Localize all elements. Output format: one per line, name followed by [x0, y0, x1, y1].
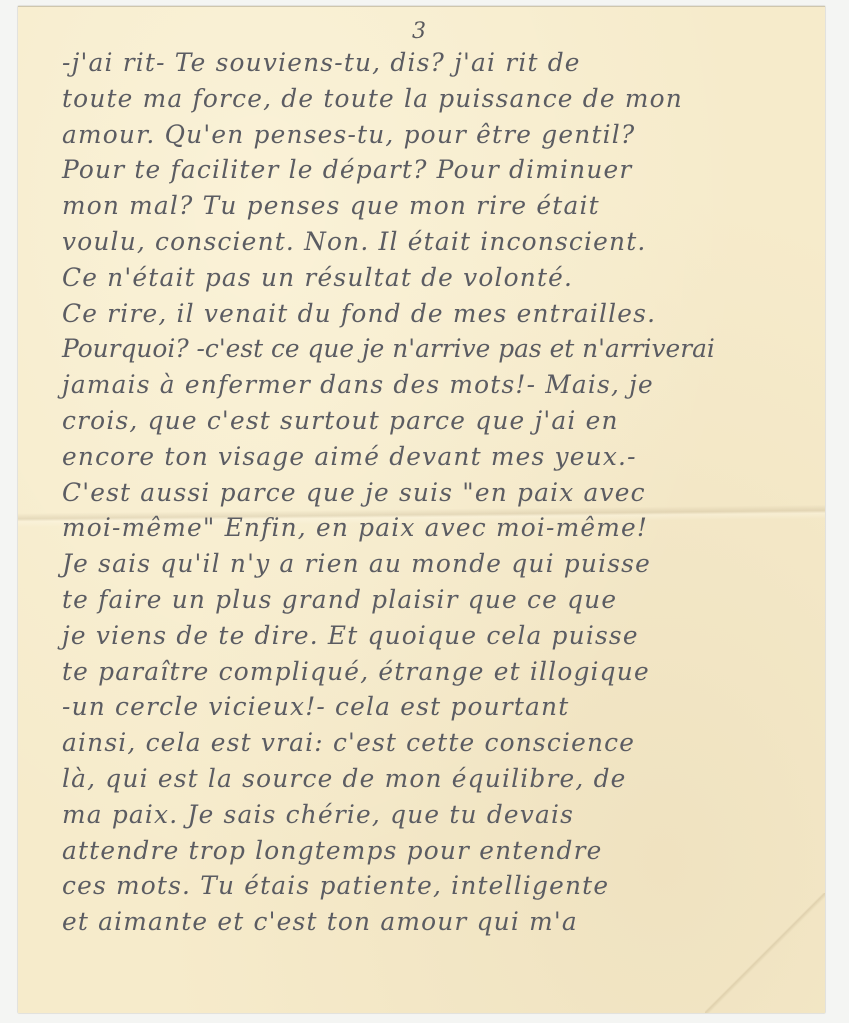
text-line: là, qui est la source de mon équilibre, …	[62, 761, 827, 797]
text-line: toute ma force, de toute la puissance de…	[62, 81, 827, 117]
page-number: 3	[412, 19, 426, 44]
text-line: Ce rire, il venait du fond de mes entrai…	[62, 296, 827, 332]
letter-page: 3 -j'ai rit- Te souviens-tu, dis? j'ai r…	[18, 6, 825, 1013]
text-line: encore ton visage aimé devant mes yeux.-	[62, 439, 827, 475]
text-line: crois, que c'est surtout parce que j'ai …	[62, 403, 827, 439]
text-line: C'est aussi parce que je suis "en paix a…	[62, 475, 827, 511]
text-line: te faire un plus grand plaisir que ce qu…	[62, 582, 827, 618]
handwritten-text: -j'ai rit- Te souviens-tu, dis? j'ai rit…	[62, 45, 832, 940]
text-line: je viens de te dire. Et quoique cela pui…	[62, 618, 827, 654]
text-line: amour. Qu'en penses-tu, pour être gentil…	[62, 117, 827, 153]
text-line: jamais à enfermer dans des mots!- Mais, …	[62, 367, 827, 403]
text-line: attendre trop longtemps pour entendre	[62, 833, 827, 869]
text-line: ma paix. Je sais chérie, que tu devais	[62, 797, 827, 833]
text-line: ces mots. Tu étais patiente, intelligent…	[62, 868, 827, 904]
text-line: moi-même" Enfin, en paix avec moi-même!	[62, 510, 827, 546]
text-line: Pour te faciliter le départ? Pour diminu…	[62, 152, 827, 188]
text-line: Pourquoi? -c'est ce que je n'arrive pas …	[62, 331, 827, 367]
text-line: mon mal? Tu penses que mon rire était	[62, 188, 827, 224]
text-line: Je sais qu'il n'y a rien au monde qui pu…	[62, 546, 827, 582]
text-line: te paraître compliqué, étrange et illogi…	[62, 654, 827, 690]
text-line: Ce n'était pas un résultat de volonté.	[62, 260, 827, 296]
text-line: ainsi, cela est vrai: c'est cette consci…	[62, 725, 827, 761]
text-line: et aimante et c'est ton amour qui m'a	[62, 904, 827, 940]
text-line: voulu, conscient. Non. Il était inconsci…	[62, 224, 827, 260]
text-line: -un cercle vicieux!- cela est pourtant	[62, 689, 827, 725]
text-line: -j'ai rit- Te souviens-tu, dis? j'ai rit…	[62, 45, 827, 81]
